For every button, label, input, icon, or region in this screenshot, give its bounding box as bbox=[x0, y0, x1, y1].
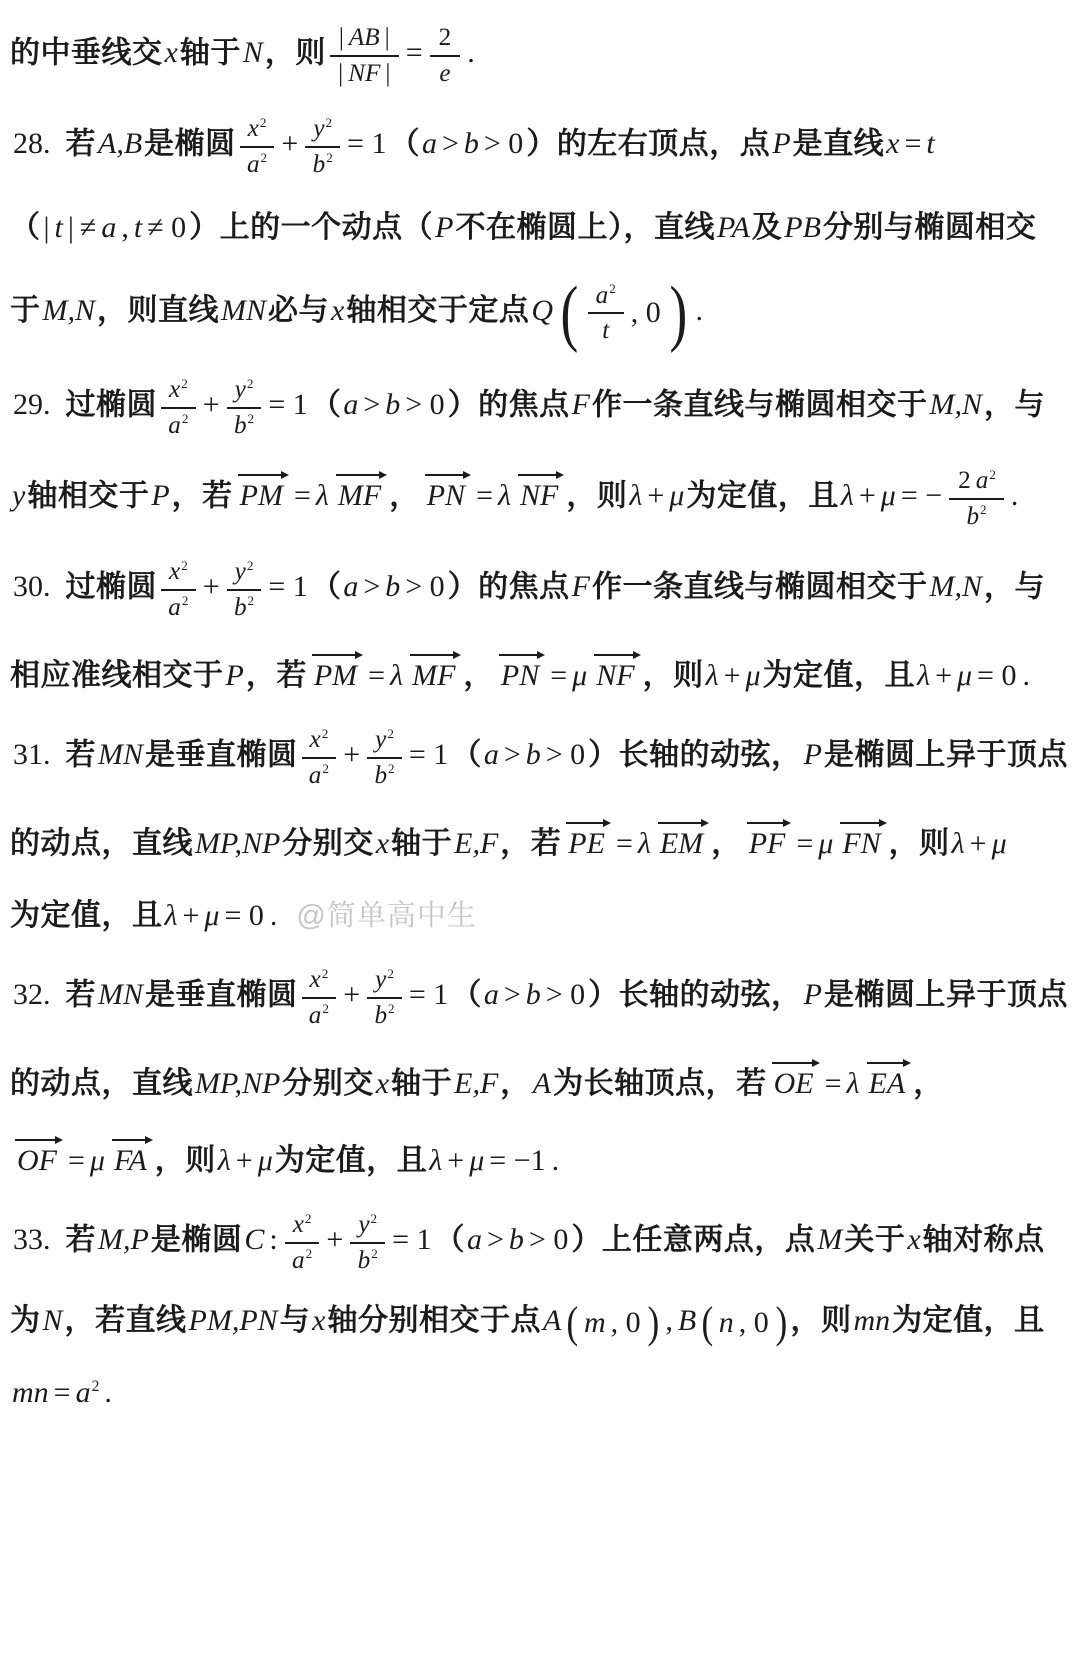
math-var: a2 bbox=[74, 1376, 102, 1409]
numerator: y2 bbox=[367, 724, 402, 759]
math-var: Q bbox=[529, 294, 555, 327]
vector-term: OF bbox=[14, 1135, 61, 1177]
math-text: ≠ bbox=[77, 211, 99, 244]
math-var: F bbox=[570, 570, 592, 603]
numerator: x2 bbox=[240, 113, 275, 148]
math-text: > bbox=[360, 388, 383, 421]
math-var: x2 bbox=[246, 115, 269, 142]
math-var: x bbox=[884, 127, 901, 160]
vector-term: MF bbox=[409, 650, 459, 692]
math-var: a bbox=[341, 388, 360, 421]
text-run: 若直线 bbox=[95, 1304, 187, 1337]
close-paren-icon: ) bbox=[775, 1301, 787, 1345]
math-var-base: a bbox=[976, 467, 989, 494]
fraction: x2a2 bbox=[161, 556, 196, 623]
watermark: @简单高中生 bbox=[296, 900, 476, 932]
vector-term: PM bbox=[311, 650, 361, 692]
math-var: MP,NP bbox=[193, 827, 282, 860]
text-run: ， bbox=[463, 659, 494, 692]
superscript: 2 bbox=[247, 376, 254, 391]
math-var: λ bbox=[427, 1144, 444, 1177]
math-text: = 1 bbox=[344, 127, 389, 160]
math-var: F bbox=[570, 388, 592, 421]
text-run: 轴于 bbox=[180, 36, 241, 69]
math-text: = 1 bbox=[265, 388, 310, 421]
math-var: P bbox=[802, 978, 824, 1011]
text-run: ， bbox=[65, 1304, 96, 1337]
text-run: ） bbox=[588, 978, 619, 1011]
text-run: 则直线 bbox=[128, 294, 220, 327]
denominator: b2 bbox=[372, 759, 396, 792]
text-run: 轴于 bbox=[391, 827, 452, 860]
math-text: > 0 bbox=[402, 570, 447, 603]
math-text: + bbox=[180, 899, 203, 932]
math-var: C bbox=[242, 1223, 266, 1256]
math-text: 32. bbox=[10, 978, 54, 1011]
math-text: = bbox=[793, 827, 816, 860]
text-run: 分别交 bbox=[282, 1067, 374, 1100]
line-15: 33.若M,P是椭圆C:x2a2+y2b2= 1（a>b> 0）上任意两点，点M… bbox=[10, 1209, 1074, 1276]
math-var: b2 bbox=[372, 1002, 396, 1029]
superscript: 2 bbox=[326, 115, 333, 130]
math-text: = 1 bbox=[265, 570, 310, 603]
text-run: 为定值，且 bbox=[10, 899, 163, 932]
math-text: + bbox=[278, 127, 301, 160]
math-var: x bbox=[905, 1223, 922, 1256]
text-run: ） bbox=[448, 570, 479, 603]
math-var: λ bbox=[163, 899, 180, 932]
math-text: = bbox=[822, 1067, 845, 1100]
text-run: ， bbox=[889, 827, 920, 860]
math-text: + bbox=[644, 479, 667, 512]
math-text: = 1 bbox=[406, 738, 451, 771]
vector-term: NF bbox=[593, 650, 638, 692]
math-var-base: x bbox=[310, 726, 321, 753]
text-run: 于 bbox=[10, 294, 41, 327]
text-run: （ bbox=[451, 738, 482, 771]
math-var: a bbox=[341, 570, 360, 603]
math-var: PB bbox=[782, 211, 823, 244]
math-var: PA bbox=[715, 211, 752, 244]
vector-term: PF bbox=[746, 818, 790, 860]
text-run: 若 bbox=[66, 127, 97, 160]
line-14: OF=μFA，则λ+μ为定值，且λ+μ= −1. bbox=[10, 1135, 1074, 1182]
vector-term: FA bbox=[111, 1135, 151, 1177]
denominator: b2 bbox=[372, 999, 396, 1032]
math-var: n bbox=[717, 1302, 736, 1344]
math-text: : bbox=[266, 1223, 280, 1256]
math-var: m bbox=[582, 1302, 608, 1344]
math-var-base: y bbox=[358, 1211, 369, 1238]
math-var: μ bbox=[667, 479, 686, 512]
math-var: t bbox=[924, 127, 936, 160]
numerator: x2 bbox=[302, 964, 337, 999]
math-var-base: b bbox=[313, 151, 326, 178]
vector-term: MF bbox=[335, 470, 385, 512]
numerator: y2 bbox=[305, 113, 340, 148]
denominator: e bbox=[437, 57, 452, 90]
math-var: MN bbox=[96, 978, 145, 1011]
math-var: mn bbox=[10, 1376, 51, 1409]
math-var: M,N bbox=[927, 388, 984, 421]
math-var: P bbox=[770, 127, 792, 160]
math-var: x2 bbox=[308, 726, 331, 753]
math-text: | bbox=[41, 211, 53, 244]
text-run: ） bbox=[189, 211, 220, 244]
text-run: 的焦点 bbox=[478, 570, 570, 603]
text-run: 为 bbox=[10, 1304, 41, 1337]
fraction: y2b2 bbox=[305, 113, 340, 180]
paren-inner: n, 0 bbox=[715, 1302, 774, 1344]
text-run: 则 bbox=[673, 659, 704, 692]
math-var: a2 bbox=[166, 594, 190, 621]
math-var-base: b bbox=[234, 594, 247, 621]
math-var: a2 bbox=[974, 467, 998, 494]
math-text: = bbox=[365, 659, 388, 692]
text-run: 是椭圆上异于顶点 bbox=[824, 738, 1068, 771]
math-var: μ bbox=[88, 1144, 107, 1177]
math-var: NF bbox=[346, 60, 382, 87]
math-text: . bbox=[1019, 659, 1033, 692]
math-text: 2 bbox=[955, 467, 974, 494]
math-var: λ bbox=[845, 1067, 862, 1100]
math-text: 31. bbox=[10, 738, 54, 771]
math-var-base: x bbox=[248, 115, 259, 142]
math-text: | bbox=[65, 211, 77, 244]
text-run: 过椭圆 bbox=[66, 388, 158, 421]
text-run: ， bbox=[500, 827, 531, 860]
math-var: MN bbox=[96, 738, 145, 771]
paren-group: (n, 0) bbox=[700, 1301, 788, 1345]
text-run: 若 bbox=[531, 827, 562, 860]
text-run: 分别交 bbox=[282, 827, 374, 860]
math-var-base: b bbox=[234, 412, 247, 439]
denominator: b2 bbox=[311, 148, 335, 181]
paren-group: (a2t, 0) bbox=[557, 276, 690, 350]
close-paren-icon: ) bbox=[669, 276, 687, 350]
numerator: a2 bbox=[588, 280, 624, 315]
math-text: = bbox=[403, 36, 426, 69]
text-run: 的动点，直线 bbox=[10, 827, 193, 860]
math-text: + bbox=[932, 659, 955, 692]
math-var: M,N bbox=[41, 294, 98, 327]
math-text: . bbox=[101, 1376, 115, 1409]
superscript: 2 bbox=[305, 1211, 312, 1226]
math-var-base: y bbox=[235, 558, 246, 585]
math-text: = bbox=[901, 127, 924, 160]
text-run: 轴对称点 bbox=[923, 1223, 1045, 1256]
text-run: （ bbox=[435, 1223, 466, 1256]
math-text: + bbox=[340, 978, 363, 1011]
math-var: E,F bbox=[452, 1067, 500, 1100]
math-var: λ bbox=[216, 1144, 233, 1177]
math-var: M,N bbox=[927, 570, 984, 603]
math-text: | bbox=[336, 24, 347, 51]
math-var: b2 bbox=[232, 594, 256, 621]
math-var: a bbox=[99, 211, 118, 244]
close-paren-icon: ) bbox=[647, 1301, 659, 1345]
superscript: 2 bbox=[306, 1246, 313, 1261]
math-var-base: a bbox=[76, 1376, 91, 1409]
text-run: 若 bbox=[202, 479, 233, 512]
line-13: 的动点，直线MP,NP分别交x轴于E,F，A为长轴顶点，若OE=λEA， bbox=[10, 1058, 1074, 1105]
text-run: ， bbox=[566, 479, 597, 512]
math-text: , bbox=[118, 211, 132, 244]
denominator: a2 bbox=[307, 759, 331, 792]
math-var: N bbox=[41, 1304, 65, 1337]
math-var: y2 bbox=[356, 1211, 379, 1238]
math-var: y2 bbox=[373, 726, 396, 753]
math-var: x2 bbox=[167, 558, 190, 585]
numerator: y2 bbox=[367, 964, 402, 999]
math-var: t bbox=[53, 211, 65, 244]
text-run: ， bbox=[790, 1304, 821, 1337]
math-text: | bbox=[335, 60, 346, 87]
math-var: x2 bbox=[167, 376, 190, 403]
math-var: λ bbox=[388, 659, 405, 692]
vector-term: EA bbox=[866, 1058, 910, 1100]
line-16: 为N，若直线PM,PN与x轴分别相交于点A(m, 0),B(n, 0)，则mn为… bbox=[10, 1300, 1074, 1345]
superscript: 2 bbox=[980, 502, 987, 517]
math-var: a2 bbox=[245, 151, 269, 178]
math-text: . bbox=[549, 1144, 563, 1177]
line-8: 相应准线相交于P，若PM=λMF，PN=μNF，则λ+μ为定值，且λ+μ= 0. bbox=[10, 650, 1074, 697]
fraction: 2e bbox=[430, 22, 461, 89]
fraction: |AB||NF| bbox=[330, 22, 399, 89]
numerator: x2 bbox=[161, 556, 196, 591]
superscript: 2 bbox=[261, 150, 268, 165]
numerator: y2 bbox=[227, 556, 262, 591]
math-text: > 0 bbox=[543, 978, 588, 1011]
text-run: 轴相交于 bbox=[27, 479, 149, 512]
math-var: b2 bbox=[356, 1247, 380, 1274]
math-text: = 1 bbox=[406, 978, 451, 1011]
superscript: 2 bbox=[388, 761, 395, 776]
math-var: A bbox=[541, 1304, 563, 1337]
text-run: 则 bbox=[821, 1304, 852, 1337]
fraction: y2b2 bbox=[367, 964, 402, 1031]
math-text: + bbox=[200, 388, 223, 421]
math-text: + bbox=[340, 738, 363, 771]
denominator: a2 bbox=[290, 1244, 314, 1277]
math-var: μ bbox=[467, 1144, 486, 1177]
math-var: B bbox=[676, 1304, 698, 1337]
math-var: y bbox=[10, 479, 27, 512]
numerator: x2 bbox=[285, 1209, 320, 1244]
text-run: 轴相交于定点 bbox=[346, 294, 529, 327]
math-var-base: b bbox=[374, 1002, 387, 1029]
math-text: 29. bbox=[10, 388, 54, 421]
text-run: ， bbox=[97, 294, 128, 327]
math-var: λ bbox=[915, 659, 932, 692]
math-text: = 0 bbox=[221, 899, 266, 932]
superscript: 2 bbox=[322, 1001, 329, 1016]
line-9: 31.若MN是垂直椭圆x2a2+y2b2= 1（a>b> 0）长轴的动弦，P是椭… bbox=[10, 724, 1074, 791]
text-run: 轴分别相交于点 bbox=[328, 1304, 542, 1337]
superscript: 2 bbox=[182, 411, 189, 426]
math-text: + bbox=[233, 1144, 256, 1177]
line-3: （|t|≠a,t≠ 0）上的一个动点（P不在椭圆上），直线PA及PB分别与椭圆相… bbox=[10, 207, 1074, 249]
text-run: 相应准线相交于 bbox=[10, 659, 224, 692]
math-text: , 0 bbox=[608, 1302, 644, 1344]
math-var: a2 bbox=[166, 412, 190, 439]
numerator: y2 bbox=[350, 1209, 385, 1244]
superscript: 2 bbox=[371, 1246, 378, 1261]
math-var-base: y bbox=[235, 376, 246, 403]
text-run: 的焦点 bbox=[478, 388, 570, 421]
math-text: 33. bbox=[10, 1223, 54, 1256]
text-run: ， bbox=[155, 1144, 186, 1177]
superscript: 2 bbox=[181, 558, 188, 573]
vector-term: OE bbox=[771, 1058, 818, 1100]
vector-term: PM bbox=[237, 470, 287, 512]
fraction: x2a2 bbox=[302, 724, 337, 791]
superscript: 2 bbox=[388, 1001, 395, 1016]
math-var: a2 bbox=[290, 1247, 314, 1274]
denominator: a2 bbox=[245, 148, 269, 181]
denominator: a2 bbox=[307, 999, 331, 1032]
math-text: . bbox=[267, 899, 281, 932]
text-run: 为定值，且 bbox=[686, 479, 839, 512]
math-text: + bbox=[721, 659, 744, 692]
math-text: = bbox=[65, 1144, 88, 1177]
superscript: 2 bbox=[322, 726, 329, 741]
superscript: 2 bbox=[92, 1378, 100, 1395]
math-text: = bbox=[613, 827, 636, 860]
denominator: b2 bbox=[232, 409, 256, 442]
math-text: 30. bbox=[10, 570, 54, 603]
superscript: 2 bbox=[387, 966, 394, 981]
fraction: y2b2 bbox=[227, 374, 262, 441]
fraction: x2a2 bbox=[161, 374, 196, 441]
math-var: a bbox=[482, 738, 501, 771]
math-var: b2 bbox=[232, 412, 256, 439]
superscript: 2 bbox=[247, 558, 254, 573]
fraction: 2a2b2 bbox=[949, 465, 1004, 532]
text-run: （ bbox=[389, 127, 420, 160]
paren-inner: a2t, 0 bbox=[582, 280, 666, 347]
line-1: 的中垂线交x轴于N，则|AB||NF|=2e. bbox=[10, 22, 1074, 89]
math-var-base: a bbox=[309, 1002, 322, 1029]
text-run: 若 bbox=[66, 978, 97, 1011]
math-var: x2 bbox=[291, 1211, 314, 1238]
superscript: 2 bbox=[182, 593, 189, 608]
text-run: ， bbox=[913, 1067, 944, 1100]
math-var: a bbox=[420, 127, 439, 160]
numerator: |AB| bbox=[330, 22, 399, 57]
math-var: λ bbox=[636, 827, 653, 860]
numerator: x2 bbox=[161, 374, 196, 409]
superscript: 2 bbox=[371, 1211, 378, 1226]
text-run: 必与 bbox=[268, 294, 329, 327]
math-var: b2 bbox=[964, 503, 988, 530]
math-var: x bbox=[329, 294, 346, 327]
math-text: > bbox=[501, 978, 524, 1011]
math-text: > 0 bbox=[481, 127, 526, 160]
text-run: 过椭圆 bbox=[66, 570, 158, 603]
text-run: 与 bbox=[1014, 388, 1045, 421]
text-run: 是椭圆上异于顶点 bbox=[824, 978, 1068, 1011]
vector-term: PE bbox=[565, 818, 609, 860]
document-page: 的中垂线交x轴于N，则|AB||NF|=2e.28.若A,B是椭圆x2a2+y2… bbox=[0, 0, 1080, 1439]
text-run: 长轴的动弦， bbox=[619, 738, 802, 771]
math-text: > 0 bbox=[543, 738, 588, 771]
text-run: 轴于 bbox=[391, 1067, 452, 1100]
math-text: | bbox=[382, 60, 393, 87]
line-12: 32.若MN是垂直椭圆x2a2+y2b2= 1（a>b> 0）长轴的动弦，P是椭… bbox=[10, 964, 1074, 1031]
math-var: e bbox=[437, 60, 452, 87]
superscript: 2 bbox=[609, 281, 616, 296]
text-run: 不在椭圆上），直线 bbox=[455, 211, 715, 244]
math-var: λ bbox=[839, 479, 856, 512]
text-run: 若 bbox=[276, 659, 307, 692]
fraction: x2a2 bbox=[285, 1209, 320, 1276]
text-run: 的中垂线交 bbox=[10, 36, 163, 69]
text-run: 为定值，且 bbox=[275, 1144, 428, 1177]
math-text: 28. bbox=[10, 127, 54, 160]
math-var: b bbox=[524, 978, 543, 1011]
math-var: t bbox=[132, 211, 144, 244]
math-text: . bbox=[464, 36, 478, 69]
superscript: 2 bbox=[322, 966, 329, 981]
math-var-base: a bbox=[168, 412, 181, 439]
vector-term: PN bbox=[498, 650, 543, 692]
open-paren-icon: ( bbox=[567, 1301, 579, 1345]
text-run: 作一条直线与椭圆相交于 bbox=[592, 388, 928, 421]
math-var: μ bbox=[256, 1144, 275, 1177]
math-var: μ bbox=[816, 827, 835, 860]
math-text: > 0 bbox=[526, 1223, 571, 1256]
math-var: b bbox=[383, 388, 402, 421]
math-text: . bbox=[692, 294, 706, 327]
math-var: E,F bbox=[452, 827, 500, 860]
text-run: 为定值，且 bbox=[763, 659, 916, 692]
text-run: ， bbox=[172, 479, 203, 512]
open-paren-icon: ( bbox=[560, 276, 578, 350]
text-run: 分别与椭圆相交 bbox=[823, 211, 1037, 244]
text-run: （ bbox=[311, 388, 342, 421]
math-text: , bbox=[662, 1304, 676, 1337]
math-text: = −1 bbox=[486, 1144, 548, 1177]
math-var: b bbox=[462, 127, 481, 160]
math-var: μ bbox=[202, 899, 221, 932]
math-var-base: a bbox=[168, 594, 181, 621]
math-var: λ bbox=[704, 659, 721, 692]
math-var: λ bbox=[496, 479, 513, 512]
text-run: 关于 bbox=[844, 1223, 905, 1256]
fraction: a2t bbox=[588, 280, 624, 347]
line-7: 30.过椭圆x2a2+y2b2= 1（a>b> 0）的焦点F作一条直线与椭圆相交… bbox=[10, 556, 1074, 623]
math-text: + bbox=[200, 570, 223, 603]
text-run: 若 bbox=[66, 738, 97, 771]
denominator: a2 bbox=[166, 409, 190, 442]
math-var: a2 bbox=[594, 282, 618, 309]
math-var: y2 bbox=[311, 115, 334, 142]
math-var: a bbox=[482, 978, 501, 1011]
text-run: 则 bbox=[597, 479, 628, 512]
denominator: b2 bbox=[964, 500, 988, 533]
math-var: a2 bbox=[307, 762, 331, 789]
text-run: ， bbox=[246, 659, 277, 692]
text-run: 与 bbox=[280, 1304, 311, 1337]
math-text: . bbox=[1008, 479, 1022, 512]
denominator: b2 bbox=[356, 1244, 380, 1277]
math-text: = bbox=[291, 479, 314, 512]
math-var: x bbox=[374, 827, 391, 860]
text-run: ） bbox=[588, 738, 619, 771]
text-run: 是椭圆 bbox=[151, 1223, 243, 1256]
math-var: M bbox=[815, 1223, 844, 1256]
